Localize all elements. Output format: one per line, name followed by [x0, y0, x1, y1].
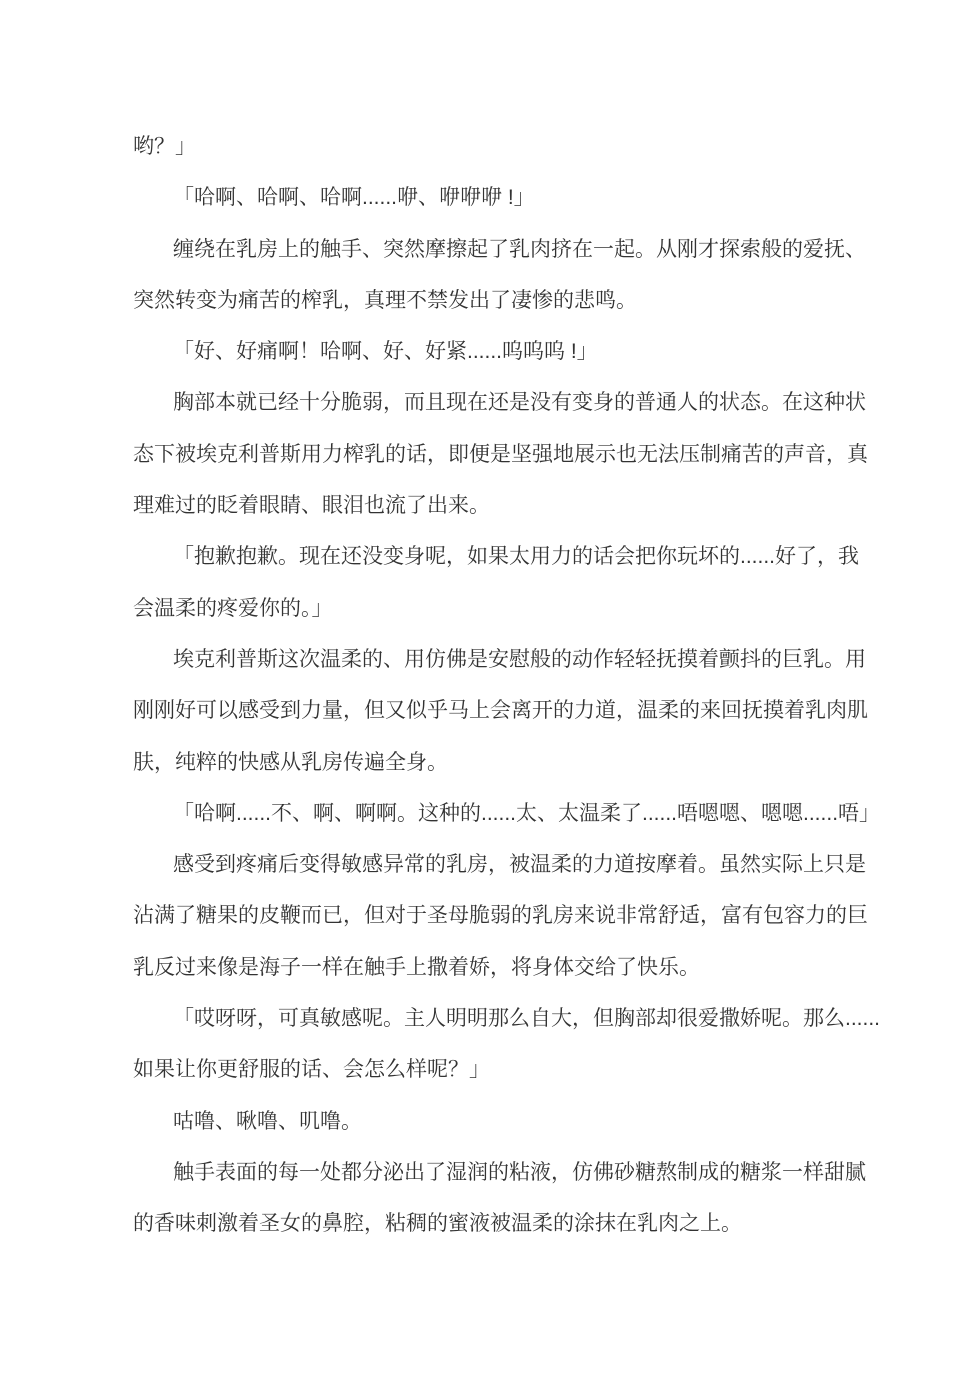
text-line: 肤，纯粹的快感从乳房传遍全身。 — [133, 737, 849, 788]
text-line: 「哈啊......不、啊、啊啊。这种的......太、太温柔了......唔嗯嗯… — [133, 788, 849, 839]
text-line: 会温柔的疼爱你的。」 — [133, 583, 849, 634]
text-line: 理难过的眨着眼睛、眼泪也流了出来。 — [133, 480, 849, 531]
text-block: 哟？」「哈啊、哈啊、哈啊......咿、咿咿咿 !」缠绕在乳房上的触手、突然摩擦… — [133, 121, 849, 1250]
text-line: 哟？」 — [133, 121, 849, 172]
text-line: 的香味刺激着圣女的鼻腔，粘稠的蜜液被温柔的涂抹在乳肉之上。 — [133, 1198, 849, 1249]
text-line: 乳反过来像是海子一样在触手上撒着娇，将身体交给了快乐。 — [133, 942, 849, 993]
text-line: 缠绕在乳房上的触手、突然摩擦起了乳肉挤在一起。从刚才探索般的爱抚、 — [133, 224, 849, 275]
text-line: 「哈啊、哈啊、哈啊......咿、咿咿咿 !」 — [133, 172, 849, 223]
document-page: 哟？」「哈啊、哈啊、哈啊......咿、咿咿咿 !」缠绕在乳房上的触手、突然摩擦… — [0, 0, 980, 1386]
text-line: 胸部本就已经十分脆弱，而且现在还是没有变身的普通人的状态。在这种状 — [133, 377, 849, 428]
text-line: 「抱歉抱歉。现在还没变身呢，如果太用力的话会把你玩坏的......好了，我 — [133, 531, 849, 582]
text-line: 沾满了糖果的皮鞭而已，但对于圣母脆弱的乳房来说非常舒适，富有包容力的巨 — [133, 890, 849, 941]
text-line: 「好、好痛啊！哈啊、好、好紧......呜呜呜 !」 — [133, 326, 849, 377]
text-line: 突然转变为痛苦的榨乳，真理不禁发出了凄惨的悲鸣。 — [133, 275, 849, 326]
text-line: 咕噜、啾噜、叽噜。 — [133, 1096, 849, 1147]
text-line: 态下被埃克利普斯用力榨乳的话，即便是坚强地展示也无法压制痛苦的声音，真 — [133, 429, 849, 480]
text-line: 埃克利普斯这次温柔的、用仿佛是安慰般的动作轻轻抚摸着颤抖的巨乳。用 — [133, 634, 849, 685]
text-line: 触手表面的每一处都分泌出了湿润的粘液，仿佛砂糖熬制成的糖浆一样甜腻 — [133, 1147, 849, 1198]
text-line: 刚刚好可以感受到力量，但又似乎马上会离开的力道，温柔的来回抚摸着乳肉肌 — [133, 685, 849, 736]
text-line: 如果让你更舒服的话、会怎么样呢？」 — [133, 1044, 849, 1095]
text-line: 感受到疼痛后变得敏感异常的乳房，被温柔的力道按摩着。虽然实际上只是 — [133, 839, 849, 890]
text-line: 「哎呀呀，可真敏感呢。主人明明那么自大，但胸部却很爱撒娇呢。那么...... — [133, 993, 849, 1044]
